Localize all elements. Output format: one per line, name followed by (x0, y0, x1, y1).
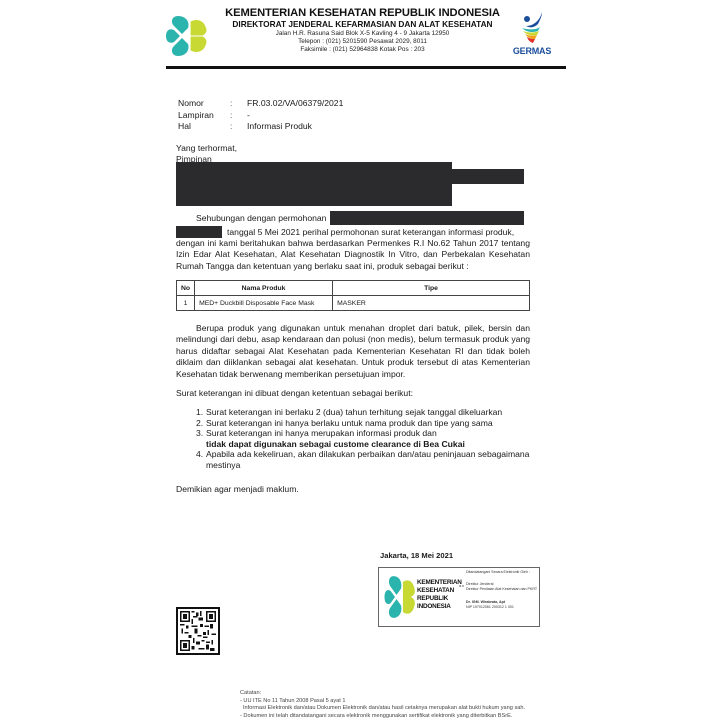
product-table: No Nama Produk Tipe 1 MED+ Duckbill Disp… (176, 280, 530, 311)
fax: Faksimile : (021) 52964838 Kotak Pos : 2… (220, 47, 505, 53)
table-header-row: No Nama Produk Tipe (177, 281, 530, 296)
meta-value: - (247, 110, 250, 122)
phone: Telepon : (021) 5201590 Pesawat 2029, 80… (220, 39, 505, 45)
meta-value: Informasi Produk (247, 121, 312, 133)
list-text: Surat keterangan ini berlaku 2 (dua) tah… (206, 407, 502, 418)
cell-product: MED+ Duckbill Disposable Face Mask (195, 296, 333, 311)
meta-key: Hal (178, 121, 230, 133)
list-item: 2. Surat keterangan ini hanya berlaku un… (196, 418, 538, 429)
meta-key: Lampiran (178, 110, 230, 122)
list-item: 3. Surat keterangan ini hanya merupakan … (196, 428, 538, 449)
letterhead: KEMENTERIAN KESEHATAN REPUBLIK INDONESIA… (220, 8, 505, 54)
germas-logo: GERMAS (512, 10, 552, 56)
seal-org-line: KEMENTERIAN (417, 579, 462, 587)
meta-value: FR.03.02/VA/06379/2021 (247, 98, 343, 110)
seal-org-line: KESEHATAN (417, 587, 462, 595)
meta-sep: : (230, 121, 247, 133)
notes-title: Catatan: (240, 690, 525, 698)
conditions-intro: Surat keterangan ini dibuat dengan keten… (176, 388, 413, 399)
intro-lead: Sehubungan dengan permohonan (196, 213, 326, 224)
col-header-product: Nama Produk (195, 281, 333, 296)
meta-key: Nomor (178, 98, 230, 110)
redacted-reference (176, 226, 222, 238)
cell-no: 1 (177, 296, 195, 311)
redacted-applicant (330, 211, 524, 225)
meta-sep: : (230, 98, 247, 110)
seal-org-line: REPUBLIK (417, 595, 462, 603)
greeting: Yang terhormat, Pimpinan (176, 143, 237, 164)
table-row: 1 MED+ Duckbill Disposable Face Mask MAS… (177, 296, 530, 311)
list-text-bold: tidak dapat digunakan sebagai custome cl… (206, 439, 465, 449)
meta-sep: : (230, 110, 247, 122)
meta-row-hal: Hal : Informasi Produk (178, 121, 343, 133)
list-text: Apabila ada kekeliruan, akan dilakukan p… (206, 449, 538, 470)
product-description: Berupa produk yang digunakan untuk menah… (176, 323, 530, 380)
seal-org-name: KEMENTERIAN KESEHATAN REPUBLIK INDONESIA (417, 579, 462, 611)
qr-code-icon[interactable] (176, 607, 220, 655)
redacted-recipient-tail (452, 169, 524, 184)
list-number: 2. (196, 418, 206, 429)
signer-nip: NIP 197012061 200312 1 001 (466, 605, 537, 610)
list-number: 1. (196, 407, 206, 418)
closing-text: Demikian agar menjadi maklum. (176, 484, 299, 495)
redacted-recipient-block (176, 162, 452, 206)
footer-notes: Catatan: - UU ITE No 11 Tahun 2008 Pasal… (240, 690, 525, 720)
kemkes-logo-icon (164, 12, 212, 60)
greeting-salutation: Yang terhormat, (176, 143, 237, 154)
intro-body: dengan ini kami beritahukan bahwa berdas… (176, 238, 530, 272)
place-date: Jakarta, 18 Mei 2021 (380, 551, 453, 560)
header-divider (166, 66, 566, 69)
notes-line: - Dokumen ini telah ditandatangani secar… (240, 713, 525, 721)
letter-meta: Nomor : FR.03.02/VA/06379/2021 Lampiran … (178, 98, 343, 133)
list-text: Surat keterangan ini hanya merupakan inf… (206, 428, 437, 438)
notes-line: - UU ITE No 11 Tahun 2008 Pasal 5 ayat 1 (240, 698, 525, 706)
address: Jalan H.R. Rasuna Said Blok X-5 Kavling … (220, 31, 505, 37)
signer-title-2: Direktur Penilaian Alat Kesehatan dan PK… (466, 587, 537, 592)
meta-row-nomor: Nomor : FR.03.02/VA/06379/2021 (178, 98, 343, 110)
directorate-name: DIREKTORAT JENDERAL KEFARMASIAN DAN ALAT… (220, 20, 505, 28)
list-text-wrap: Surat keterangan ini hanya merupakan inf… (206, 428, 465, 449)
seal-org-line: INDONESIA (417, 603, 462, 611)
kemkes-seal-icon (383, 572, 419, 622)
e-signature-box: KEMENTERIAN KESEHATAN REPUBLIK INDONESIA… (378, 567, 540, 627)
list-number: 3. (196, 428, 206, 449)
ministry-name: KEMENTERIAN KESEHATAN REPUBLIK INDONESIA (220, 8, 505, 19)
signer-info: Ditandatangani Secara Elektronik Oleh : … (466, 570, 537, 610)
intro-continued: tanggal 5 Mei 2021 perihal permohonan su… (227, 227, 529, 238)
col-header-type: Tipe (333, 281, 530, 296)
list-number: 4. (196, 449, 206, 470)
list-item: 4. Apabila ada kekeliruan, akan dilakuka… (196, 449, 538, 470)
notes-line: Informasi Elektronik dan/atau Dokumen El… (240, 705, 525, 713)
signed-by-label: Ditandatangani Secara Elektronik Oleh : (466, 570, 537, 575)
list-text: Surat keterangan ini hanya berlaku untuk… (206, 418, 493, 429)
germas-label: GERMAS (512, 46, 552, 56)
germas-figure-icon (512, 10, 552, 44)
conditions-list: 1. Surat keterangan ini berlaku 2 (dua) … (196, 407, 538, 471)
meta-row-lampiran: Lampiran : - (178, 110, 343, 122)
cell-type: MASKER (333, 296, 530, 311)
list-item: 1. Surat keterangan ini berlaku 2 (dua) … (196, 407, 538, 418)
col-header-no: No (177, 281, 195, 296)
on-behalf-label: a.n (459, 584, 464, 589)
